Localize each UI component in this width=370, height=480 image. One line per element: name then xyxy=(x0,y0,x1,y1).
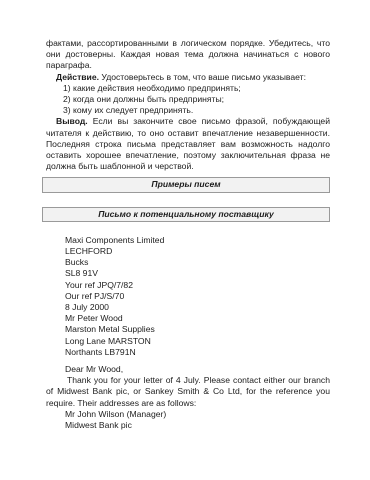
letter-header-line: LECHFORD xyxy=(65,246,330,257)
letter-block: Maxi Components Limited LECHFORD Bucks S… xyxy=(46,235,330,431)
action-label: Действие. xyxy=(56,72,99,82)
action-list-item-3: 3) кому их следует предпринять. xyxy=(63,105,330,116)
action-paragraph: Действие. Удостоверьтесь в том, что ваше… xyxy=(46,72,330,83)
action-list-item-1: 1) какие действия необходимо предпринять… xyxy=(63,83,330,94)
contact-line: Mr John Wilson (Manager) xyxy=(65,409,330,420)
letter-header-line: Long Lane MARSTON xyxy=(65,336,330,347)
letter-header-line: Marston Metal Supplies xyxy=(65,324,330,335)
letter-header: Maxi Components Limited LECHFORD Bucks S… xyxy=(65,235,330,358)
conclusion-paragraph: Вывод. Если вы закончите свое письмо фра… xyxy=(46,116,330,172)
letter-salutation: Dear Mr Wood, xyxy=(65,364,330,375)
document-page: фактами, рассортированными в логическом … xyxy=(0,0,370,480)
letter-header-line: Our ref PJ/S/70 xyxy=(65,291,330,302)
letter-header-line: Northants LB791N xyxy=(65,347,330,358)
section-header-supplier-letter: Письмо к потенциальному поставщику xyxy=(42,207,330,222)
letter-header-line: SL8 91V xyxy=(65,268,330,279)
contact-line: Midwest Bank pic xyxy=(65,420,330,431)
action-list: 1) какие действия необходимо предпринять… xyxy=(63,83,330,117)
letter-header-line: Maxi Components Limited xyxy=(65,235,330,246)
conclusion-text: Если вы закончите свое письмо фразой, по… xyxy=(46,116,330,171)
letter-header-line: Mr Peter Wood xyxy=(65,313,330,324)
letter-header-line: Bucks xyxy=(65,257,330,268)
page-content: фактами, рассортированными в логическом … xyxy=(46,38,330,431)
intro-paragraph: фактами, рассортированными в логическом … xyxy=(46,38,330,72)
letter-header-line: Your ref JPQ/7/82 xyxy=(65,280,330,291)
section-header-letter-examples: Примеры писем xyxy=(42,177,330,192)
action-text: Удостоверьтесь в том, что ваше письмо ук… xyxy=(101,72,306,82)
action-list-item-2: 2) когда они должны быть предприняты; xyxy=(63,94,330,105)
letter-contact-lines: Mr John Wilson (Manager) Midwest Bank pi… xyxy=(65,409,330,431)
letter-body-paragraph: Thank you for your letter of 4 July. Ple… xyxy=(46,375,330,409)
letter-header-line: 8 July 2000 xyxy=(65,302,330,313)
conclusion-label: Вывод. xyxy=(56,116,88,126)
